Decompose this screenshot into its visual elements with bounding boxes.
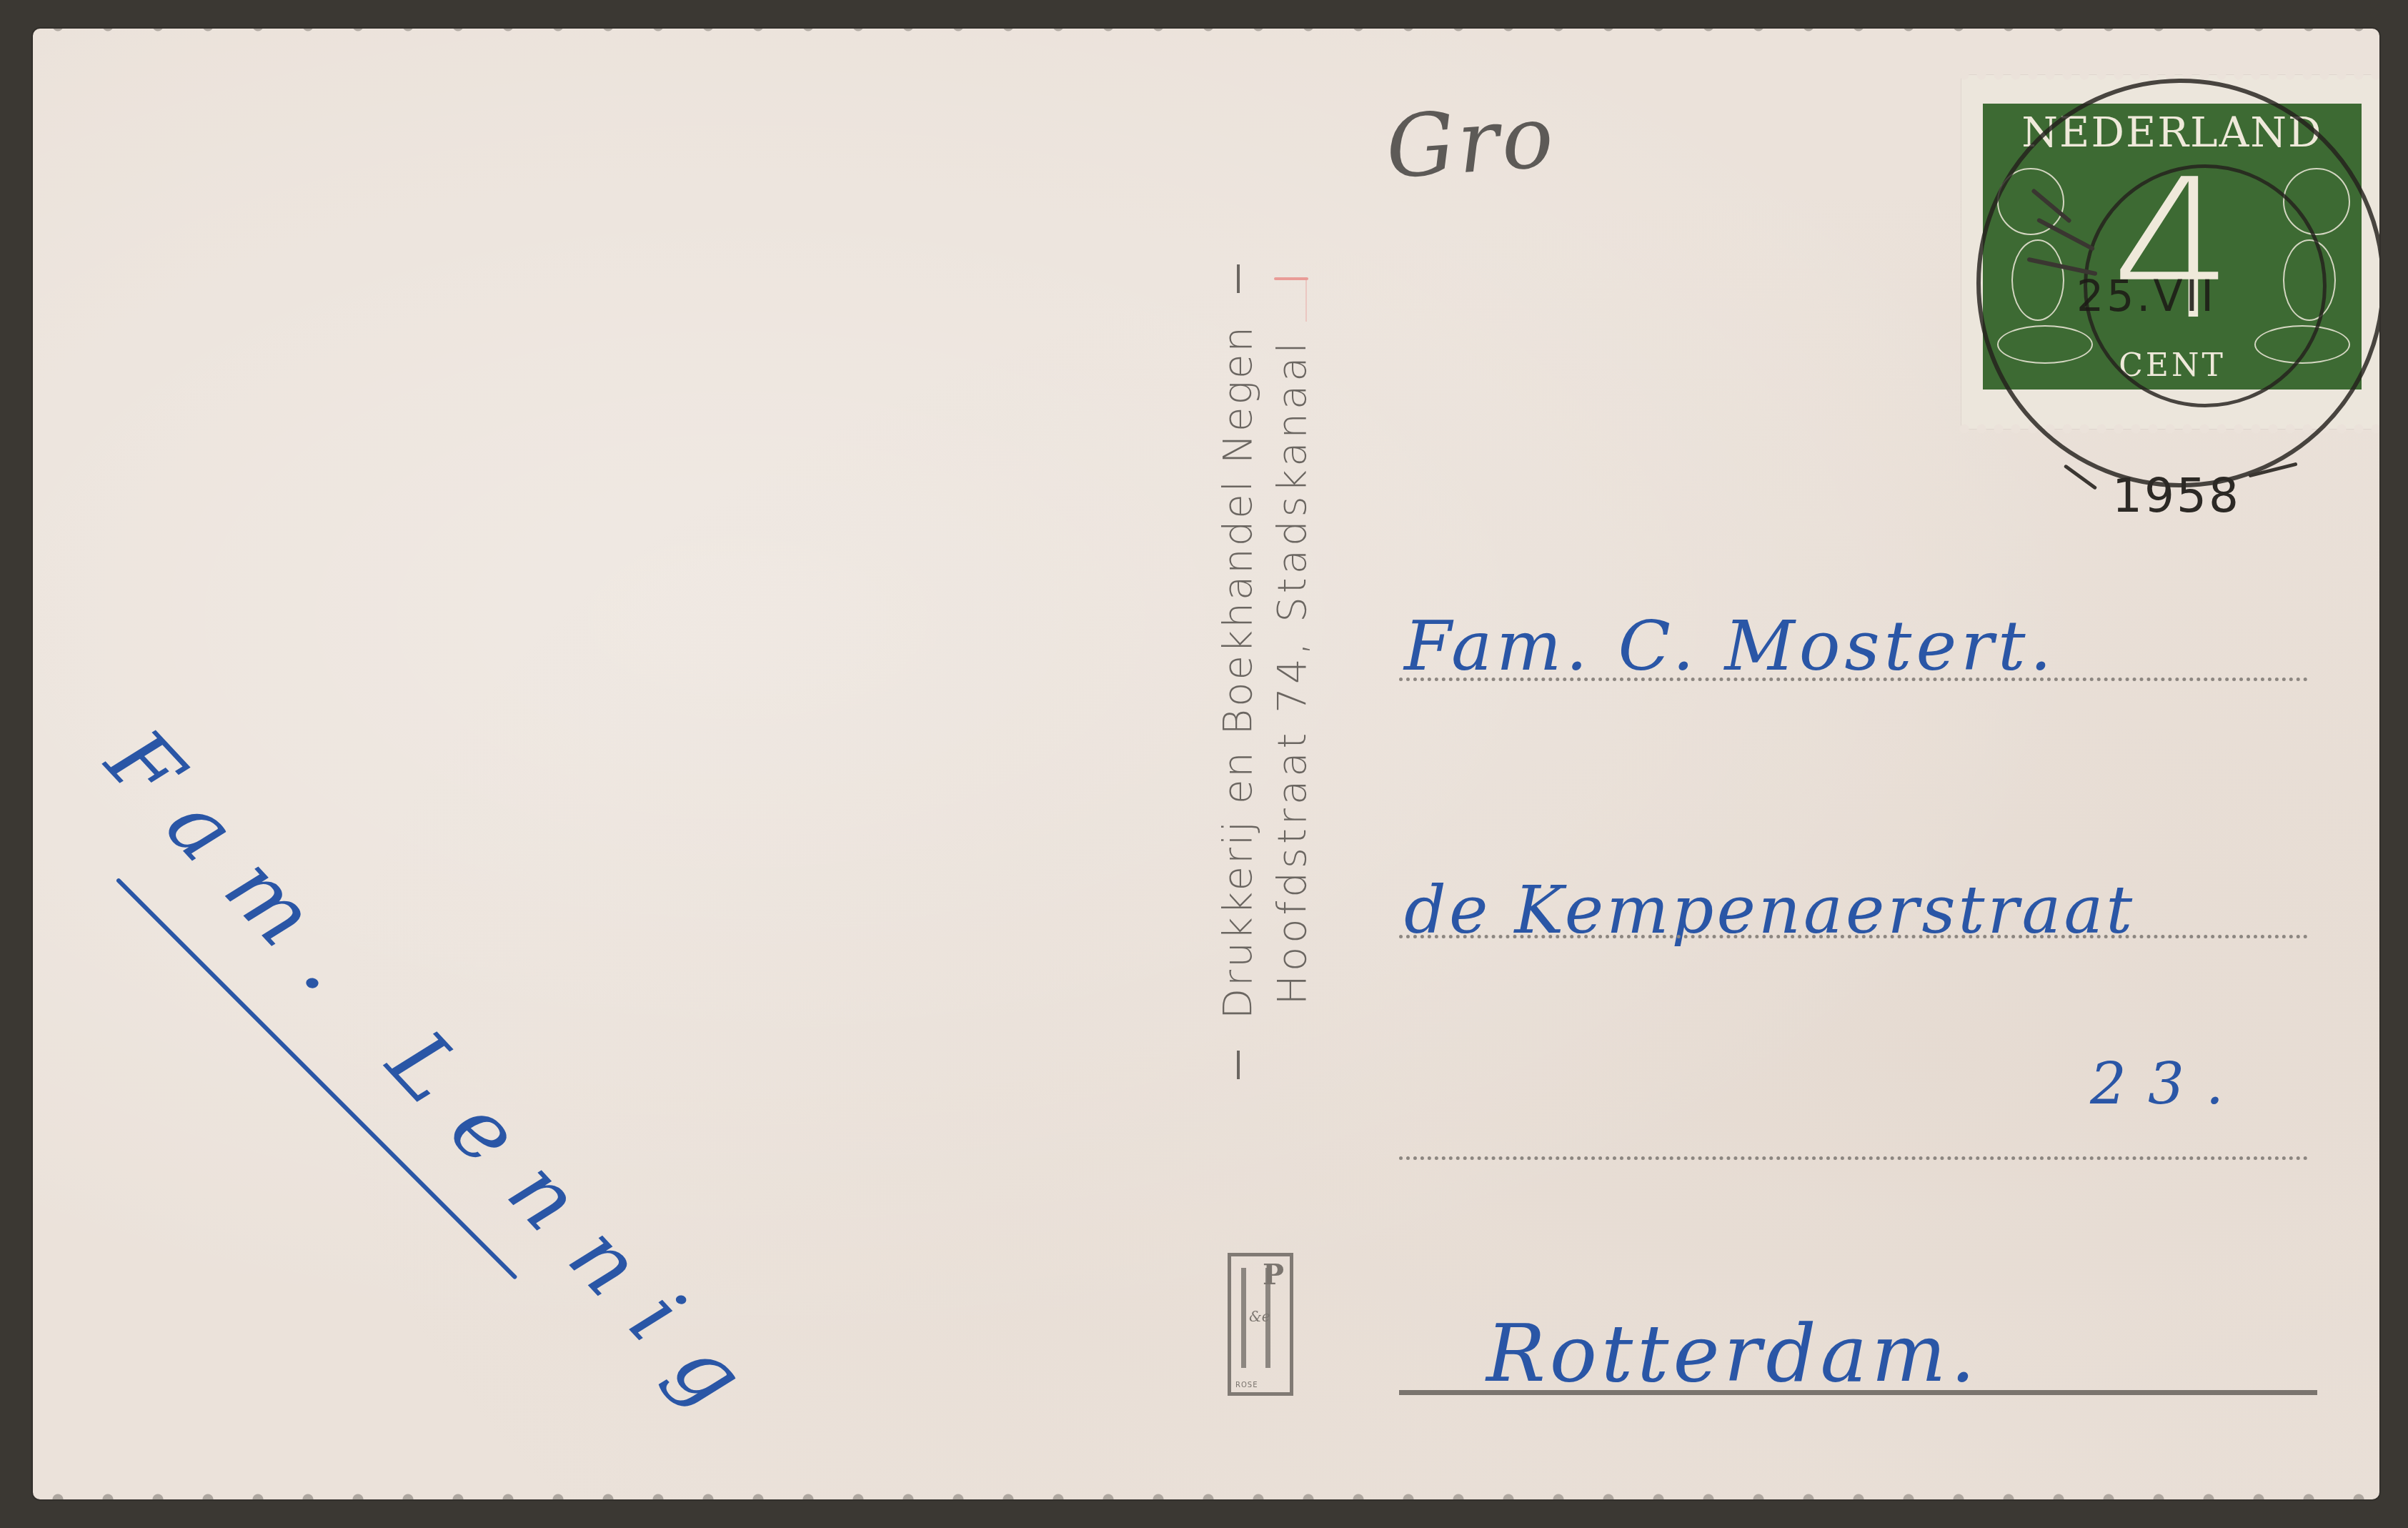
sender-signature: Fam. Lennig bbox=[87, 711, 786, 1451]
address-recipient: Fam. C. Mostert. bbox=[1404, 606, 2056, 686]
address-city: Rotterdam. bbox=[1486, 1308, 1979, 1399]
logo-inner-text: &e bbox=[1249, 1308, 1270, 1325]
postmark-date: 25.VII bbox=[2076, 272, 2217, 322]
imprint-dash-right bbox=[1237, 264, 1240, 293]
imprint-dash-left bbox=[1237, 1051, 1240, 1079]
postmark-year: 1958 bbox=[2112, 468, 2241, 523]
logo-foot-text: ROSE bbox=[1235, 1381, 1258, 1389]
postmark-arc-fragment bbox=[2064, 464, 2097, 490]
logo-letter: P bbox=[1263, 1261, 1284, 1289]
address-line-3 bbox=[1399, 1156, 2308, 1160]
imprint-publisher: Drukkerij en Boekhandel Negen bbox=[1215, 324, 1261, 1019]
address-line-2 bbox=[1399, 935, 2308, 938]
imprint-address: Hoofdstraat 74, Stadskanaal bbox=[1269, 264, 1315, 1079]
printer-logo: P &e ROSE bbox=[1228, 1253, 1293, 1396]
postcard-back: Gro Drukkerij en Boekhandel Negen Hoofds… bbox=[33, 29, 2379, 1499]
imprint-line-1: Drukkerij en Boekhandel Negen bbox=[1215, 264, 1261, 1079]
pencil-annotation: Gro bbox=[1383, 87, 1559, 198]
address-line-1 bbox=[1399, 678, 2308, 681]
printer-imprint: Drukkerij en Boekhandel Negen Hoofdstraa… bbox=[1215, 264, 1336, 1079]
address-house-number: 23. bbox=[2090, 1051, 2245, 1117]
logo-bar-left bbox=[1241, 1268, 1246, 1368]
address-line-4 bbox=[1399, 1390, 2317, 1395]
